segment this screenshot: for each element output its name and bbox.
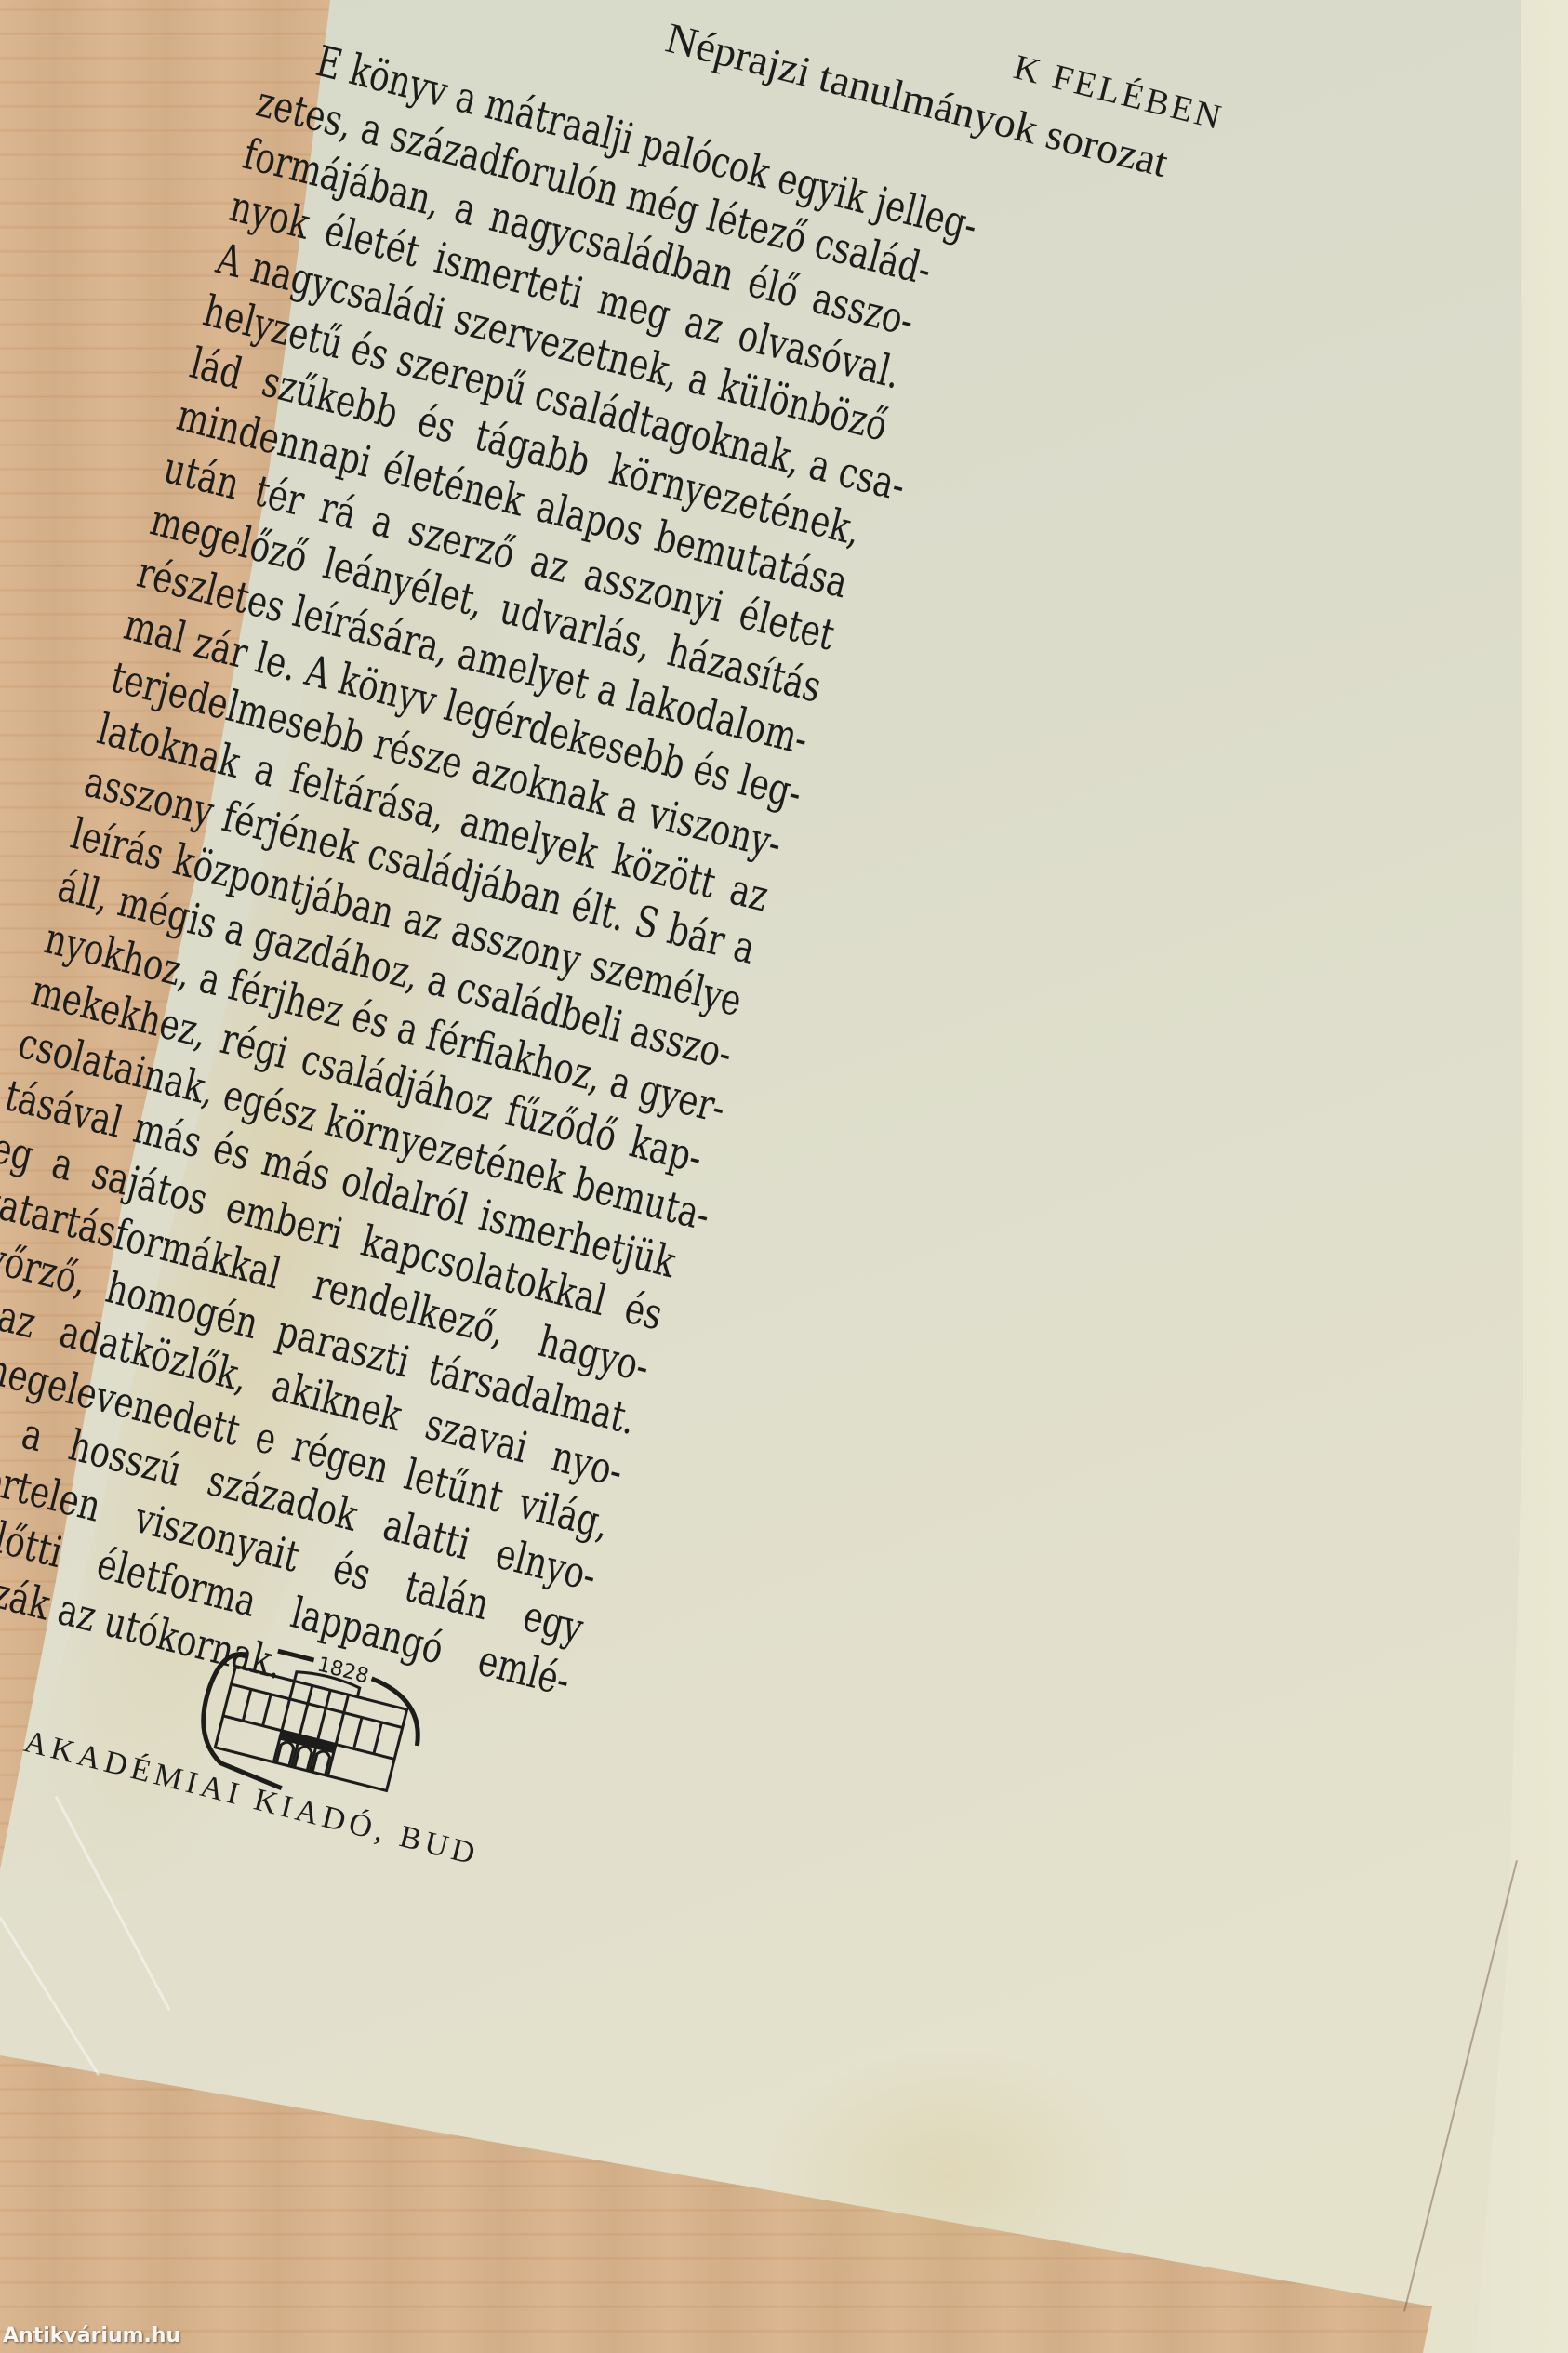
logo-year: 1828 — [315, 1653, 371, 1688]
site-watermark: Antikvárium.hu — [3, 2324, 180, 2347]
paper-stain-bottom — [763, 2046, 1135, 2306]
